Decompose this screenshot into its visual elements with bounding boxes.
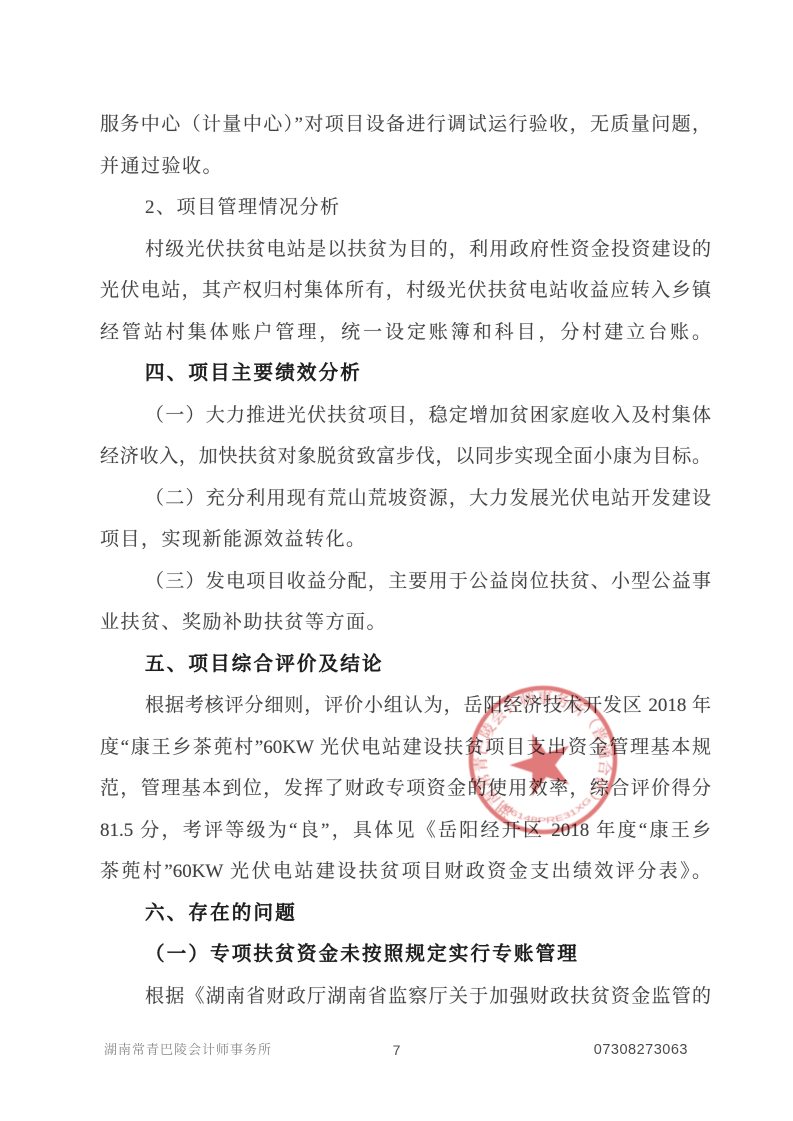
text-line: （二）充分利用现有荒山荒坡资源，大力发展光伏电站开发建设 — [100, 478, 711, 520]
text-line: 根据《湖南省财政厅湖南省监察厅关于加强财政扶贫资金监管的 — [100, 976, 711, 1018]
text-line: 2、项目管理情况分析 — [100, 187, 711, 229]
footer: 湖南常青巴陵会计师事务所 7 07308273063 — [0, 1038, 793, 1062]
document-page: 服务中心（计量中心）”对项目设备进行调试运行验收，无质量问题， 并通过验收。 2… — [0, 0, 793, 1121]
text-line: 81.5 分，考评等级为“良”，具体见《岳阳经开区 2018 年度“康王乡 — [100, 810, 711, 852]
text-line: 并通过验收。 — [100, 146, 711, 188]
document-body: 服务中心（计量中心）”对项目设备进行调试运行验收，无质量问题， 并通过验收。 2… — [100, 104, 711, 1017]
section-heading: 六、存在的问题 — [100, 893, 711, 935]
text-line: 范，管理基本到位，发挥了财政专项资金的使用效率，综合评价得分 — [100, 768, 711, 810]
text-line: 经管站村集体账户管理，统一设定账簿和科目，分村建立台账。 — [100, 312, 711, 354]
text-line: 茶蔸村”60KW 光伏电站建设扶贫项目财政资金支出绩效评分表》。 — [100, 851, 711, 893]
text-line: 村级光伏扶贫电站是以扶贫为目的，利用政府性资金投资建设的 — [100, 229, 711, 271]
subsection-heading: （一）专项扶贫资金未按照规定实行专账管理 — [100, 934, 711, 976]
text-line: 度“康王乡茶蔸村”60KW 光伏电站建设扶贫项目支出资金管理基本规 — [100, 727, 711, 769]
text-line: 经济收入，加快扶贫对象脱贫致富步伐，以同步实现全面小康为目标。 — [100, 436, 711, 478]
section-heading: 四、项目主要绩效分析 — [100, 353, 711, 395]
text-line: 服务中心（计量中心）”对项目设备进行调试运行验收，无质量问题， — [100, 104, 711, 146]
text-line: （三）发电项目收益分配，主要用于公益岗位扶贫、小型公益事 — [100, 561, 711, 603]
section-heading: 五、项目综合评价及结论 — [100, 644, 711, 686]
text-line: 光伏电站，其产权归村集体所有，村级光伏扶贫电站收益应转入乡镇 — [100, 270, 711, 312]
text-line: （一）大力推进光伏扶贫项目，稳定增加贫困家庭收入及村集体 — [100, 395, 711, 437]
text-line: 根据考核评分细则，评价小组认为，岳阳经济技术开发区 2018 年 — [100, 685, 711, 727]
text-line: 业扶贫、奖励补助扶贫等方面。 — [100, 602, 711, 644]
footer-document-code: 07308273063 — [594, 1038, 688, 1062]
text-line: 项目，实现新能源效益转化。 — [100, 519, 711, 561]
